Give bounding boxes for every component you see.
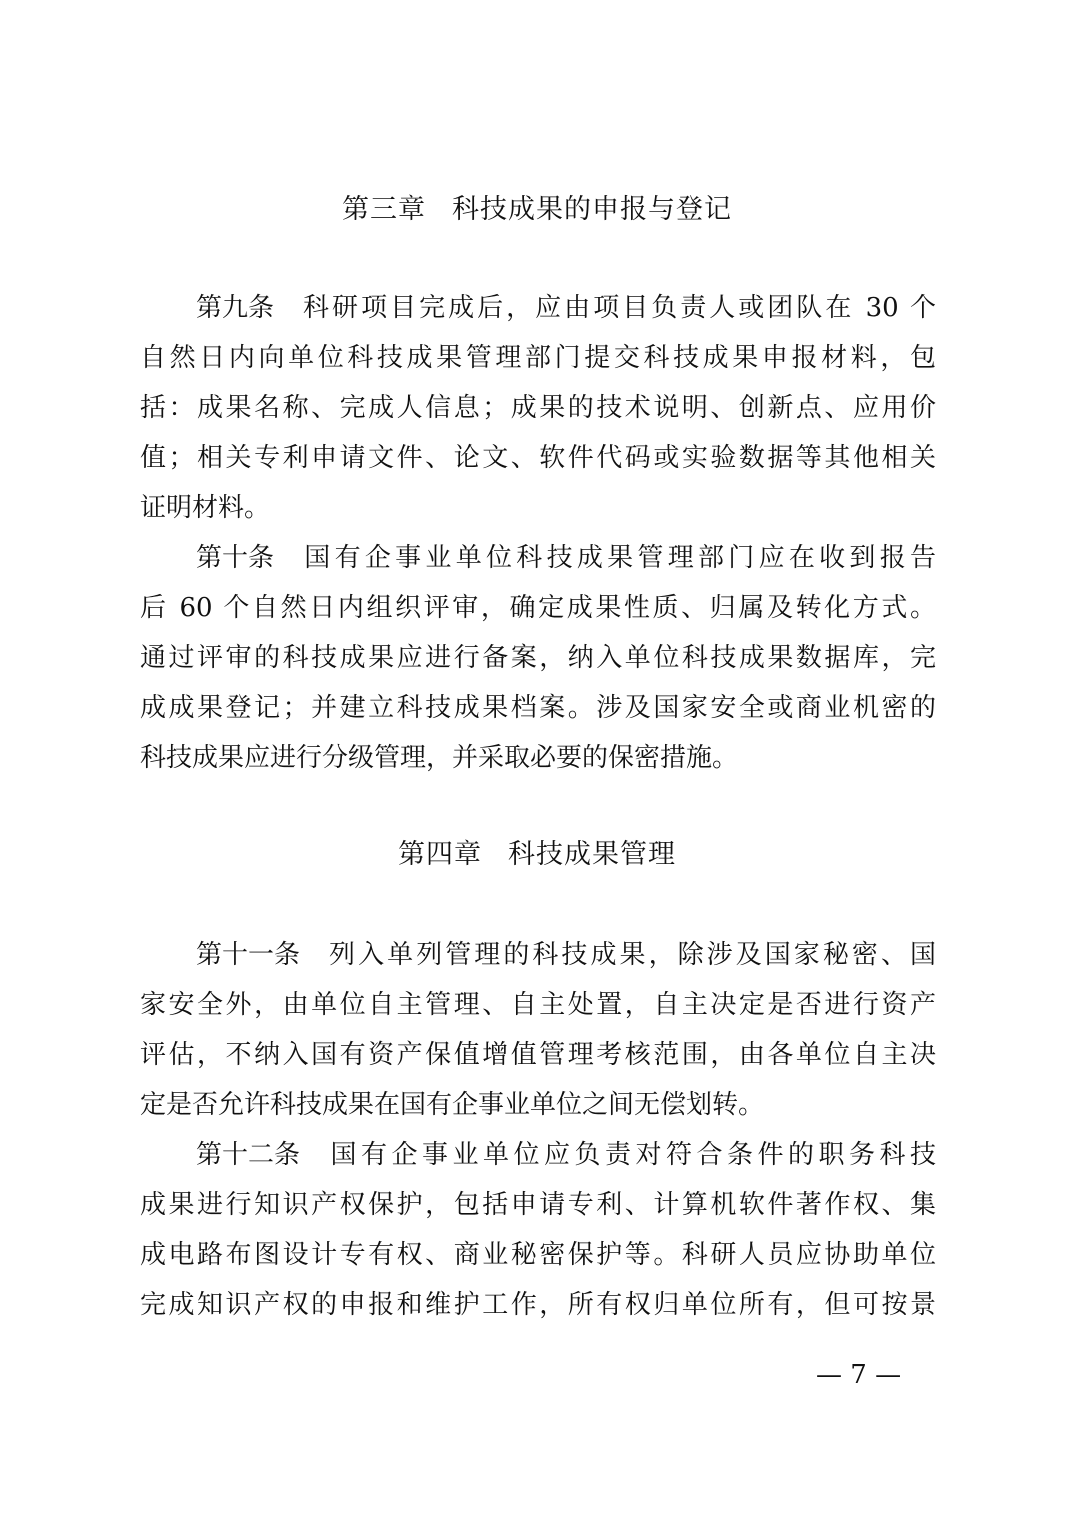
article-9-line-2: 自然日内向单位科技成果管理部门提交科技成果申报材料，包 bbox=[140, 338, 936, 378]
article-11-line-1: 第十一条列入单列管理的科技成果，除涉及国家秘密、国 bbox=[196, 935, 936, 975]
chapter-title: 科技成果管理 bbox=[508, 839, 676, 870]
article-text: 国有企事业单位科技成果管理部门应在收到报告 bbox=[300, 543, 936, 573]
document-page: 第三章科技成果的申报与登记 第九条科研项目完成后，应由项目负责人或团队在 30 … bbox=[0, 0, 1074, 1520]
article-10-line-5: 科技成果应进行分级管理，并采取必要的保密措施。 bbox=[140, 738, 936, 778]
article-11-line-2: 家安全外，由单位自主管理、自主处置，自主决定是否进行资产 bbox=[140, 985, 936, 1025]
chapter-number: 第四章 bbox=[398, 839, 482, 870]
article-10-line-4: 成成果登记；并建立科技成果档案。涉及国家安全或商业机密的 bbox=[140, 688, 936, 728]
article-text: 国有企事业单位应负责对符合条件的职务科技 bbox=[326, 1140, 936, 1170]
article-12-line-1: 第十二条国有企事业单位应负责对符合条件的职务科技 bbox=[196, 1135, 936, 1175]
article-12-line-4: 完成知识产权的申报和维护工作，所有权归单位所有，但可按景 bbox=[140, 1285, 936, 1325]
article-text: 科研项目完成后，应由项目负责人或团队在 30 个 bbox=[300, 293, 936, 323]
chapter-number: 第三章 bbox=[342, 194, 426, 225]
article-number: 第十一条 bbox=[196, 935, 300, 975]
article-number: 第九条 bbox=[196, 288, 274, 328]
article-11-line-3: 评估，不纳入国有资产保值增值管理考核范围，由各单位自主决 bbox=[140, 1035, 936, 1075]
article-11-line-4: 定是否允许科技成果在国有企事业单位之间无偿划转。 bbox=[140, 1085, 936, 1125]
article-9-line-4: 值；相关专利申请文件、论文、软件代码或实验数据等其他相关 bbox=[140, 438, 936, 478]
chapter-title: 科技成果的申报与登记 bbox=[452, 194, 732, 225]
chapter-heading-3: 第三章科技成果的申报与登记 bbox=[0, 190, 1074, 230]
article-10-line-3: 通过评审的科技成果应进行备案，纳入单位科技成果数据库，完 bbox=[140, 638, 936, 678]
article-12-line-3: 成电路布图设计专有权、商业秘密保护等。科研人员应协助单位 bbox=[140, 1235, 936, 1275]
article-9-line-3: 括：成果名称、完成人信息；成果的技术说明、创新点、应用价 bbox=[140, 388, 936, 428]
article-9-line-5: 证明材料。 bbox=[140, 488, 936, 528]
page-number: — 7 — bbox=[816, 1355, 901, 1395]
article-10-line-2: 后 60 个自然日内组织评审，确定成果性质、归属及转化方式。 bbox=[140, 588, 936, 628]
article-10-line-1: 第十条国有企事业单位科技成果管理部门应在收到报告 bbox=[196, 538, 936, 578]
article-9-line-1: 第九条科研项目完成后，应由项目负责人或团队在 30 个 bbox=[196, 288, 936, 328]
article-12-line-2: 成果进行知识产权保护，包括申请专利、计算机软件著作权、集 bbox=[140, 1185, 936, 1225]
article-number: 第十二条 bbox=[196, 1135, 300, 1175]
article-number: 第十条 bbox=[196, 538, 274, 578]
article-text: 列入单列管理的科技成果，除涉及国家秘密、国 bbox=[326, 940, 936, 970]
chapter-heading-4: 第四章科技成果管理 bbox=[0, 835, 1074, 875]
